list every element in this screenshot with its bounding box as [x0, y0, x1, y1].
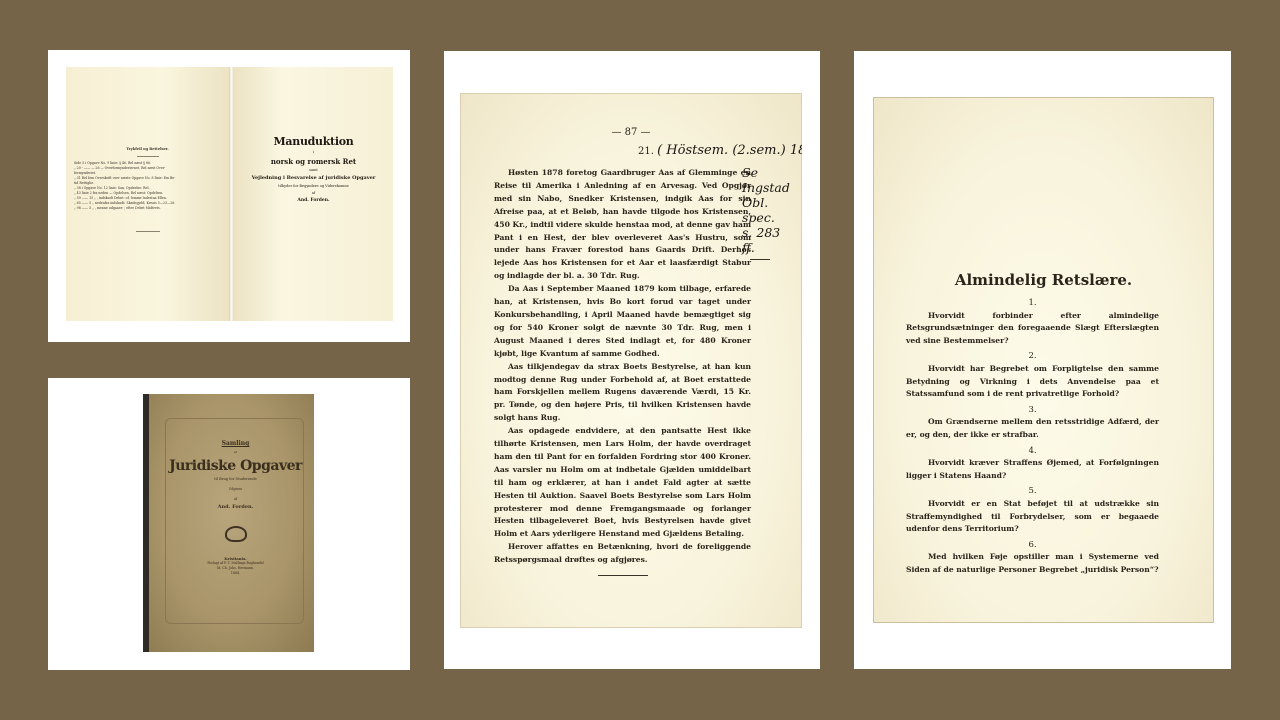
question-text: Med hvilken Føje opstiller man i Systeme… — [906, 551, 1159, 576]
image-panel-page-87: — 87 — 21. ( Höstsem. (2.sem.) 1880) Se … — [444, 51, 820, 669]
book-subject: norsk og romersk Ret — [234, 157, 393, 166]
case-text: Høsten 1878 foretog Gaardbruger Aas af G… — [494, 167, 751, 576]
book-subtitle: Vejledning i Besvarelse af juridiske Opg… — [234, 175, 393, 181]
errata-title: Trykfeil og Rettelser. — [74, 147, 221, 152]
cover-author: And. Forden. — [163, 504, 308, 510]
title-page-block: Manuduktion i norsk og romersk Ret samt … — [234, 135, 393, 203]
book-author: And. Forden. — [234, 198, 393, 203]
margin-note-line: ff. — [742, 240, 802, 255]
cover-line: til Brug for Studerende — [163, 477, 308, 481]
case-number: 21. — [638, 146, 654, 157]
page-number: — 87 — — [460, 127, 802, 138]
question-text: Hvorvidt forbinder efter almindelige Ret… — [906, 310, 1159, 348]
title-page: Manuduktion i norsk og romersk Ret samt … — [234, 67, 393, 321]
section-heading: Almindelig Retslære. — [873, 271, 1214, 289]
cover-title: Juridiske Opgaver — [163, 458, 308, 474]
cover-line: Udgivne — [163, 487, 308, 491]
divider — [137, 156, 159, 157]
book-page-87: — 87 — 21. ( Höstsem. (2.sem.) 1880) Se … — [460, 93, 802, 628]
divider — [598, 575, 648, 576]
image-panel-retslaere: Almindelig Retslære. 1. Hvorvidt forbind… — [854, 51, 1231, 669]
divider — [750, 259, 770, 260]
question-item: 2. Hvorvidt har Begrebet om Forpligtelse… — [906, 350, 1159, 400]
question-text: Hvorvidt kræver Straffens Øjemed, at For… — [906, 457, 1159, 482]
book-spread-image: Trykfeil og Rettelser. Side 5 i Opgave N… — [66, 67, 393, 321]
question-list: 1. Hvorvidt forbinder efter almindelige … — [906, 297, 1159, 579]
cover-line: af — [163, 497, 308, 501]
margin-note-line: Ingstad — [742, 180, 802, 195]
handwritten-annotation: ( Höstsem. (2.sem.) 1880) — [657, 143, 802, 158]
image-panel-cover: Samling af Juridiske Opgaver til Brug fo… — [48, 378, 410, 670]
paragraph: Aas opdagede endvidere, at den pantsatte… — [494, 425, 751, 541]
margin-note-line: s. 283 — [742, 225, 802, 240]
cover-line: af — [163, 450, 308, 454]
case-heading: 21. ( Höstsem. (2.sem.) 1880) — [638, 143, 802, 158]
question-number: 4. — [906, 445, 1159, 458]
cover-line: Samling — [163, 440, 308, 447]
question-number: 1. — [906, 297, 1159, 310]
paragraph: Da Aas i September Maaned 1879 kom tilba… — [494, 283, 751, 360]
question-item: 1. Hvorvidt forbinder efter almindelige … — [906, 297, 1159, 347]
question-item: 3. Om Grændserne mellem den retsstridige… — [906, 404, 1159, 442]
book-title: Manuduktion — [234, 135, 393, 148]
question-text: Om Grændserne mellem den retsstridige Ad… — [906, 416, 1159, 441]
book-audience: tilbyder for Begyndere og Viderekomne — [234, 184, 393, 188]
question-number: 5. — [906, 485, 1159, 498]
paragraph: Aas tilkjendegav da strax Boets Bestyrel… — [494, 361, 751, 426]
publisher-line: 1884. — [163, 571, 308, 576]
question-number: 6. — [906, 539, 1159, 552]
title-connector: i — [234, 150, 393, 154]
cover-publisher: Kristiania. Forlagt af P. T. Mallings Bo… — [163, 556, 308, 576]
question-number: 3. — [906, 404, 1159, 417]
margin-note-line: Obl. spec. — [742, 195, 802, 225]
question-item: 4. Hvorvidt kræver Straffens Øjemed, at … — [906, 445, 1159, 483]
question-text: Hvorvidt har Begrebet om Forpligtelse de… — [906, 363, 1159, 401]
title-connector: samt — [234, 168, 393, 172]
errata-page: Trykfeil og Rettelser. Side 5 i Opgave N… — [66, 67, 229, 321]
question-number: 2. — [906, 350, 1159, 363]
book-cover-image: Samling af Juridiske Opgaver til Brug fo… — [143, 394, 314, 652]
paragraph: Herover affattes en Betænkning, hvori de… — [494, 541, 751, 567]
question-text: Hvorvidt er en Stat beføjet til at udstr… — [906, 498, 1159, 536]
book-page-retslaere: Almindelig Retslære. 1. Hvorvidt forbind… — [873, 97, 1214, 623]
ornament-icon — [225, 526, 247, 542]
errata-block: Trykfeil og Rettelser. Side 5 i Opgave N… — [74, 147, 221, 232]
cover-text-block: Samling af Juridiske Opgaver til Brug fo… — [163, 440, 308, 576]
paragraph: Høsten 1878 foretog Gaardbruger Aas af G… — [494, 167, 751, 283]
question-item: 6. Med hvilken Føje opstiller man i Syst… — [906, 539, 1159, 577]
title-connector: af — [234, 191, 393, 195]
margin-note-line: Se — [742, 165, 802, 180]
errata-row: „ 98 —— 5 „ , menne udgaaer: ; efter Deb… — [74, 206, 221, 211]
question-item: 5. Hvorvidt er en Stat beføjet til at ud… — [906, 485, 1159, 535]
image-panel-spread: Trykfeil og Rettelser. Side 5 i Opgave N… — [48, 50, 410, 342]
handwritten-margin-note: Se Ingstad Obl. spec. s. 283 ff. — [742, 165, 802, 260]
divider — [136, 231, 160, 232]
